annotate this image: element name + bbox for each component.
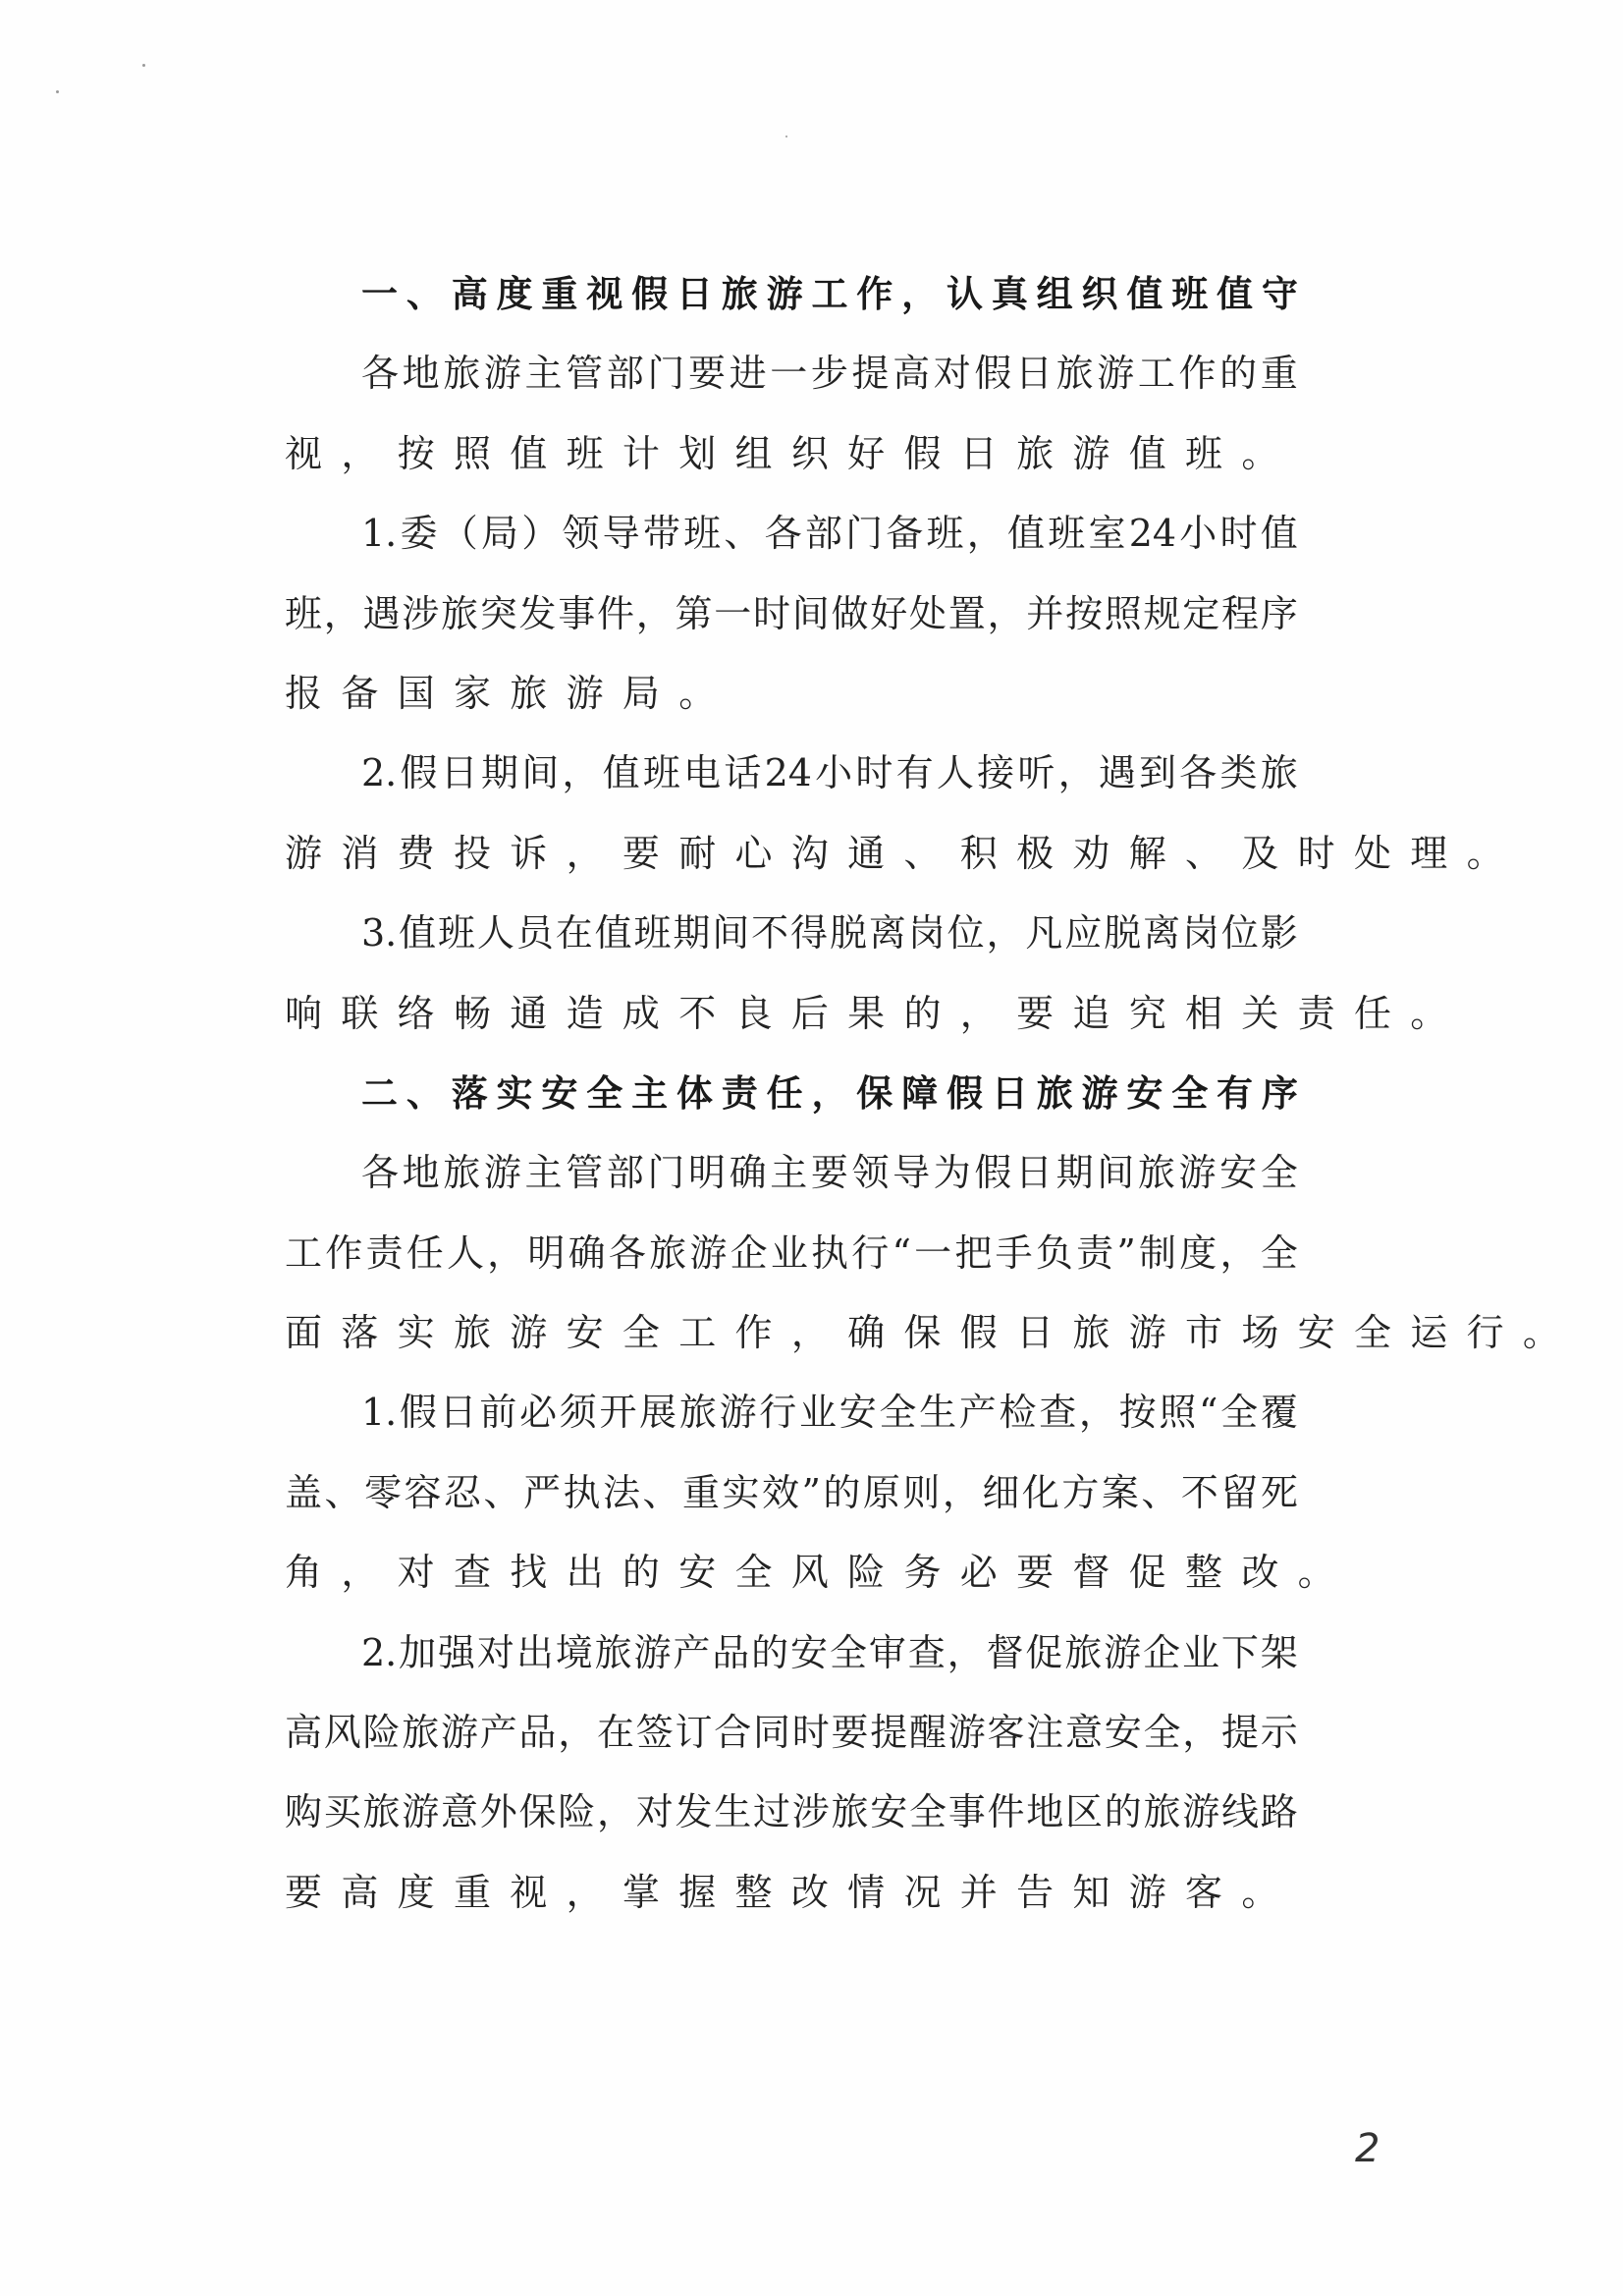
paragraph-line: 角，对查找出的安全风险务必要督促整改。: [285, 1533, 1298, 1613]
paragraph-line: 班，遇涉旅突发事件，第一时间做好处置，并按照规定程序: [285, 574, 1298, 654]
page-number: 2: [1355, 2126, 1380, 2171]
paragraph-line: 面落实旅游安全工作，确保假日旅游市场安全运行。: [285, 1293, 1298, 1373]
scan-speck: [142, 64, 145, 67]
section-heading: 二、落实安全主体责任，保障假日旅游安全有序: [285, 1054, 1298, 1133]
paragraph-line: 视，按照值班计划组织好假日旅游值班。: [285, 414, 1298, 494]
paragraph-line: 1.委（局）领导带班、各部门备班，值班室24小时值: [285, 494, 1298, 574]
paragraph-line: 工作责任人，明确各旅游企业执行“一把手负责”制度，全: [285, 1214, 1298, 1293]
scan-speck: [56, 90, 59, 93]
section-heading: 一、高度重视假日旅游工作，认真组织值班值守: [285, 254, 1298, 334]
scan-speck: [785, 136, 787, 137]
paragraph-line: 2.加强对出境旅游产品的安全审查，督促旅游企业下架: [285, 1613, 1298, 1693]
paragraph-line: 各地旅游主管部门明确主要领导为假日期间旅游安全: [285, 1133, 1298, 1213]
paragraph-line: 要高度重视，掌握整改情况并告知游客。: [285, 1853, 1298, 1933]
paragraph-line: 各地旅游主管部门要进一步提高对假日旅游工作的重: [285, 334, 1298, 413]
paragraph-line: 报备国家旅游局。: [285, 654, 1298, 734]
paragraph-line: 高风险旅游产品，在签订合同时要提醒游客注意安全，提示: [285, 1693, 1298, 1773]
paragraph-line: 2.假日期间，值班电话24小时有人接听，遇到各类旅: [285, 734, 1298, 813]
document-page: 一、高度重视假日旅游工作，认真组织值班值守 各地旅游主管部门要进一步提高对假日旅…: [0, 0, 1623, 2296]
paragraph-line: 游消费投诉，要耐心沟通、积极劝解、及时处理。: [285, 814, 1298, 894]
paragraph-line: 1.假日前必须开展旅游行业安全生产检查，按照“全覆: [285, 1373, 1298, 1452]
document-body: 一、高度重视假日旅游工作，认真组织值班值守 各地旅游主管部门要进一步提高对假日旅…: [285, 254, 1298, 1933]
paragraph-line: 响联络畅通造成不良后果的，要追究相关责任。: [285, 974, 1298, 1054]
paragraph-line: 盖、零容忍、严执法、重实效”的原则，细化方案、不留死: [285, 1453, 1298, 1533]
paragraph-line: 购买旅游意外保险，对发生过涉旅安全事件地区的旅游线路: [285, 1773, 1298, 1852]
paragraph-line: 3.值班人员在值班期间不得脱离岗位，凡应脱离岗位影: [285, 894, 1298, 973]
